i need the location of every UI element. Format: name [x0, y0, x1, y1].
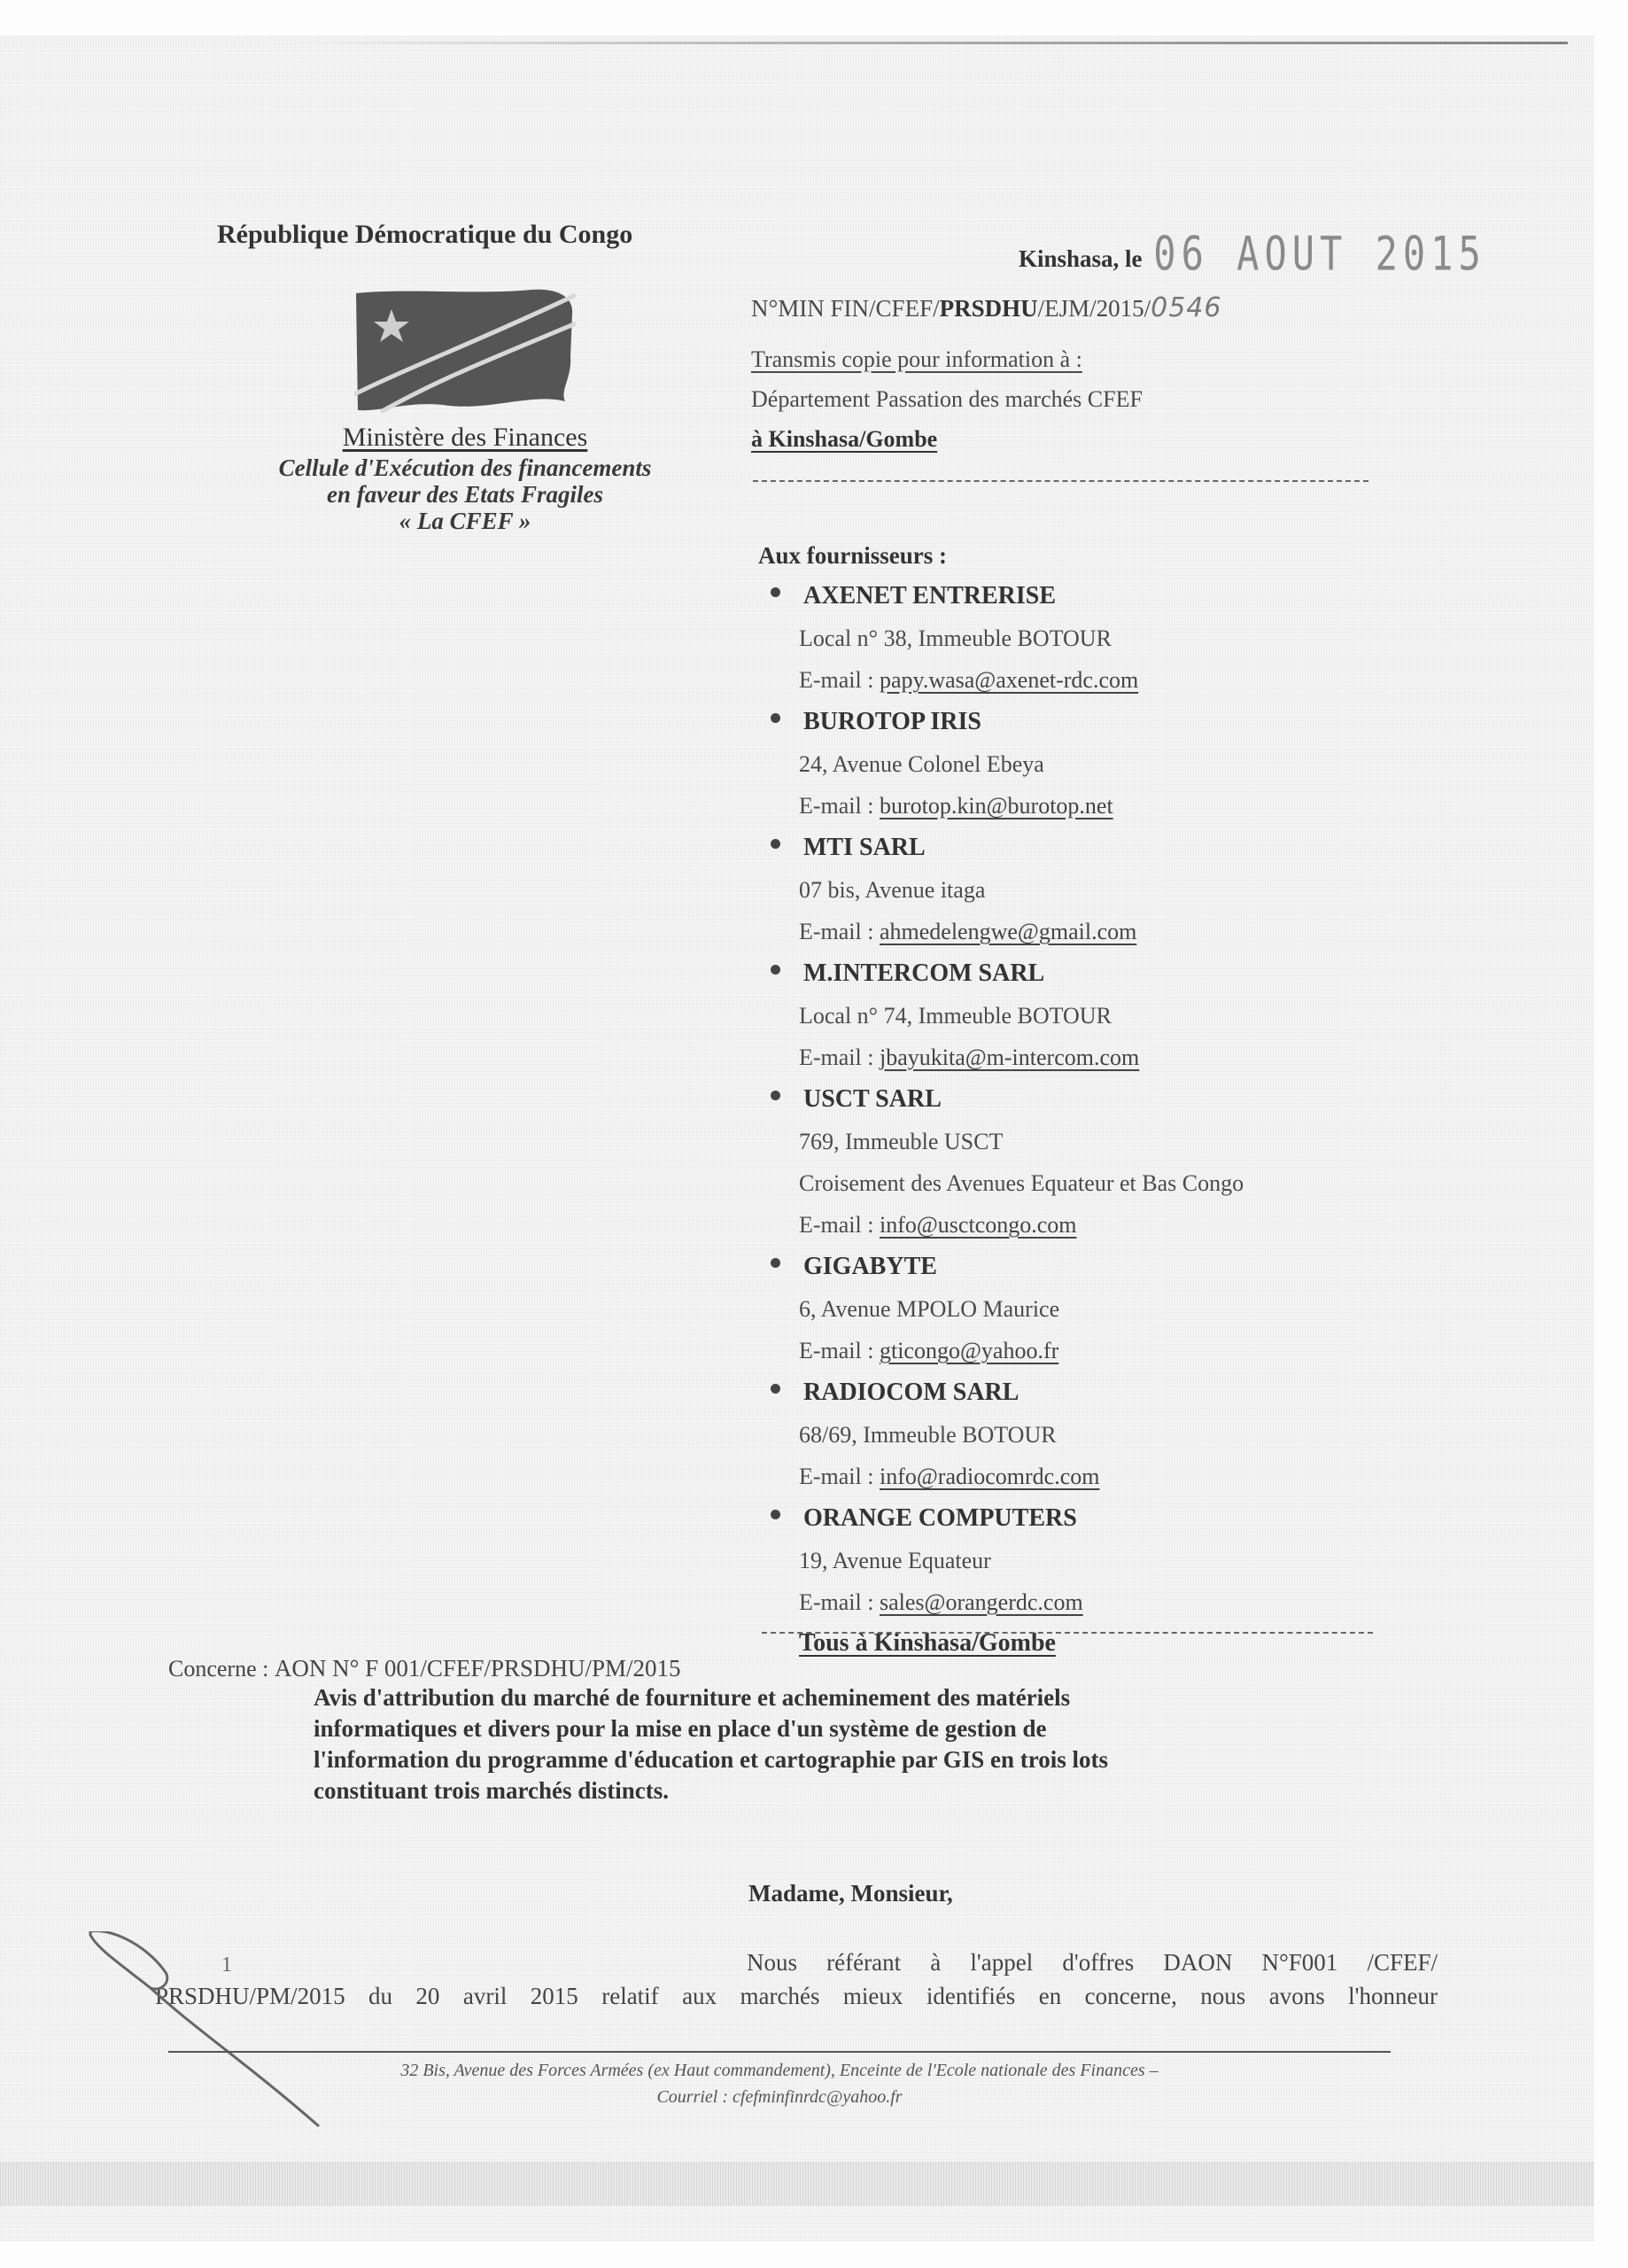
- bullet-icon: [771, 1510, 780, 1519]
- scan-bottom-band: [0, 2162, 1594, 2206]
- supplier-address: Local n° 38, Immeuble BOTOUR: [799, 617, 1442, 659]
- copy-department: Département Passation des marchés CFEF: [751, 379, 1389, 419]
- supplier-item: M.INTERCOM SARL Local n° 74, Immeuble BO…: [751, 952, 1442, 1078]
- subject-reference: AON N° F 001/CFEF/PRSDHU/PM/2015: [275, 1655, 681, 1682]
- drc-flag-icon: [354, 288, 576, 416]
- supplier-address: 24, Avenue Colonel Ebeya: [799, 743, 1442, 785]
- email-label: E-mail :: [799, 1338, 880, 1363]
- ministry-title: Ministère des Finances: [177, 421, 753, 454]
- copy-block: Transmis copie pour information à : Dépa…: [751, 339, 1389, 459]
- separator-dashed-2: [762, 1632, 1373, 1634]
- footer-rule: [168, 2051, 1391, 2053]
- supplier-name: MTI SARL: [799, 827, 1442, 869]
- ministry-block: Ministère des Finances Cellule d'Exécuti…: [177, 421, 753, 534]
- subject-label: Concerne :: [168, 1656, 275, 1682]
- supplier-email-line: E-mail : gticongo@yahoo.fr: [799, 1330, 1442, 1371]
- supplier-name: USCT SARL: [799, 1078, 1442, 1121]
- supplier-address: 19, Avenue Equateur: [799, 1540, 1442, 1581]
- scan-edge-shadow: [292, 42, 1568, 44]
- supplier-address: Croisement des Avenues Equateur et Bas C…: [799, 1162, 1442, 1204]
- supplier-email-line: E-mail : sales@orangerdc.com: [799, 1581, 1442, 1623]
- copy-location: à Kinshasa/Gombe: [751, 419, 1389, 459]
- supplier-email-link[interactable]: papy.wasa@axenet-rdc.com: [880, 667, 1138, 693]
- email-label: E-mail :: [799, 1212, 880, 1238]
- email-label: E-mail :: [799, 1464, 880, 1489]
- supplier-email-line: E-mail : papy.wasa@axenet-rdc.com: [799, 659, 1442, 701]
- supplier-name: GIGABYTE: [799, 1246, 1442, 1288]
- supplier-address: 6, Avenue MPOLO Maurice: [799, 1288, 1442, 1330]
- date-stamp: 06 AOUT 2015: [1153, 227, 1485, 281]
- reference-handwritten-number: 0546: [1151, 292, 1221, 323]
- supplier-item: BUROTOP IRIS 24, Avenue Colonel Ebeya E-…: [751, 701, 1442, 827]
- subject-line: l'information du programme d'éducation e…: [314, 1744, 1288, 1775]
- subject-line: Avis d'attribution du marché de fournitu…: [314, 1682, 1288, 1713]
- footer-email-line: Courriel : cfefminfinrdc@yahoo.fr: [168, 2084, 1391, 2110]
- supplier-name: M.INTERCOM SARL: [799, 952, 1442, 995]
- footer-address: 32 Bis, Avenue des Forces Armées (ex Hau…: [168, 2057, 1391, 2084]
- agency-line-1: Cellule d'Exécution des financements: [177, 454, 753, 481]
- bullet-icon: [771, 1384, 780, 1394]
- supplier-email-link[interactable]: ahmedelengwe@gmail.com: [880, 919, 1136, 944]
- subject-line: constituant trois marchés distincts.: [314, 1775, 1288, 1806]
- supplier-list: Aux fournisseurs : AXENET ENTRERISE Loca…: [751, 536, 1442, 1664]
- reference-bold: PRSDHU: [940, 295, 1038, 322]
- separator-dashed-1: [753, 480, 1368, 482]
- dateline: Kinshasa, le 06 AOUT 2015: [1019, 232, 1486, 276]
- supplier-address: 07 bis, Avenue itaga: [799, 869, 1442, 911]
- supplier-address: Local n° 74, Immeuble BOTOUR: [799, 995, 1442, 1037]
- copy-label: Transmis copie pour information à :: [751, 339, 1389, 379]
- supplier-address: 769, Immeuble USCT: [799, 1121, 1442, 1162]
- supplier-email-link[interactable]: burotop.kin@burotop.net: [880, 793, 1113, 819]
- email-label: E-mail :: [799, 667, 880, 693]
- supplier-item: RADIOCOM SARL 68/69, Immeuble BOTOUR E-m…: [751, 1371, 1442, 1497]
- supplier-name: RADIOCOM SARL: [799, 1371, 1442, 1414]
- supplier-email-link[interactable]: jbayukita@m-intercom.com: [880, 1045, 1139, 1070]
- supplier-name: BUROTOP IRIS: [799, 701, 1442, 743]
- agency-line-2: en faveur des Etats Fragiles: [177, 481, 753, 508]
- supplier-item: ORANGE COMPUTERS 19, Avenue Equateur E-m…: [751, 1497, 1442, 1623]
- footer-email[interactable]: cfefminfinrdc@yahoo.fr: [733, 2087, 903, 2107]
- supplier-address: 68/69, Immeuble BOTOUR: [799, 1414, 1442, 1456]
- bullet-icon: [771, 1091, 780, 1100]
- country-heading: République Démocratique du Congo: [217, 220, 632, 250]
- footer: 32 Bis, Avenue des Forces Armées (ex Hau…: [168, 2057, 1391, 2110]
- supplier-name: ORANGE COMPUTERS: [799, 1497, 1442, 1540]
- supplier-item: AXENET ENTRERISE Local n° 38, Immeuble B…: [751, 575, 1442, 701]
- subject-text: Avis d'attribution du marché de fournitu…: [314, 1682, 1288, 1806]
- reference-suffix: /EJM/2015/: [1038, 295, 1151, 322]
- supplier-email-link[interactable]: sales@orangerdc.com: [880, 1589, 1083, 1615]
- supplier-email-line: E-mail : burotop.kin@burotop.net: [799, 785, 1442, 827]
- reference-number: N°MIN FIN/CFEF/PRSDHU/EJM/2015/0546: [751, 292, 1221, 323]
- signature-mark-icon: [89, 1931, 478, 2162]
- supplier-item: MTI SARL 07 bis, Avenue itaga E-mail : a…: [751, 827, 1442, 952]
- supplier-email-link[interactable]: info@usctcongo.com: [880, 1212, 1077, 1238]
- dateline-place: Kinshasa, le: [1019, 245, 1143, 272]
- bullet-icon: [771, 1258, 780, 1268]
- bullet-icon: [771, 965, 780, 975]
- footer-email-label: Courriel :: [656, 2087, 733, 2107]
- supplier-email-link[interactable]: info@radiocomrdc.com: [880, 1464, 1099, 1489]
- agency-short-name: « La CFEF »: [177, 508, 753, 534]
- email-label: E-mail :: [799, 919, 880, 944]
- supplier-item: GIGABYTE 6, Avenue MPOLO Maurice E-mail …: [751, 1246, 1442, 1371]
- salutation: Madame, Monsieur,: [748, 1880, 953, 1907]
- supplier-email-line: E-mail : info@radiocomrdc.com: [799, 1456, 1442, 1497]
- supplier-email-line: E-mail : info@usctcongo.com: [799, 1204, 1442, 1246]
- bullet-icon: [771, 713, 780, 723]
- bullet-icon: [771, 587, 780, 597]
- subject-line: informatiques et divers pour la mise en …: [314, 1713, 1288, 1744]
- supplier-email-line: E-mail : ahmedelengwe@gmail.com: [799, 911, 1442, 952]
- subject-block: Concerne : AON N° F 001/CFEF/PRSDHU/PM/2…: [168, 1655, 1426, 1806]
- suppliers-heading: Aux fournisseurs :: [758, 536, 1442, 575]
- supplier-email-link[interactable]: gticongo@yahoo.fr: [880, 1338, 1058, 1363]
- supplier-email-line: E-mail : jbayukita@m-intercom.com: [799, 1037, 1442, 1078]
- email-label: E-mail :: [799, 1045, 880, 1070]
- bullet-icon: [771, 839, 780, 849]
- email-label: E-mail :: [799, 1589, 880, 1615]
- supplier-name: AXENET ENTRERISE: [799, 575, 1442, 617]
- email-label: E-mail :: [799, 793, 880, 819]
- reference-prefix: N°MIN FIN/CFEF/: [751, 295, 940, 322]
- supplier-item: USCT SARL 769, Immeuble USCTCroisement d…: [751, 1078, 1442, 1246]
